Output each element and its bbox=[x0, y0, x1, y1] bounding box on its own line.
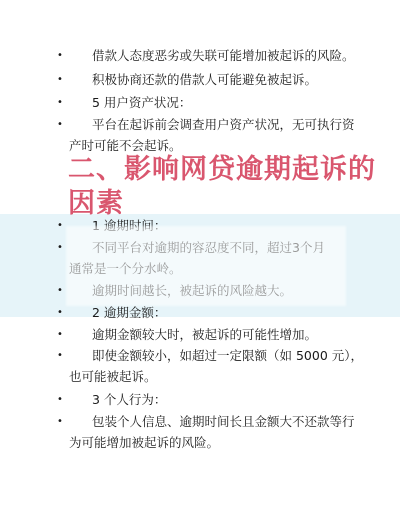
bullet-icon: • bbox=[57, 44, 63, 68]
list-item-text-continuation: 通常是一个分水岭。 bbox=[69, 257, 182, 281]
bullet-icon: • bbox=[57, 91, 63, 115]
bullet-icon: • bbox=[57, 214, 63, 238]
list-item-text: 逾期时间越长，被起诉的风险越大。 bbox=[92, 279, 292, 303]
bullet-icon: • bbox=[57, 410, 63, 434]
bullet-icon: • bbox=[57, 301, 63, 325]
bullet-icon: • bbox=[57, 113, 63, 137]
list-item-text: 借款人态度恶劣或失联可能增加被起诉的风险。 bbox=[92, 44, 355, 68]
list-item-text: 2 逾期金额： bbox=[92, 301, 166, 325]
bullet-icon: • bbox=[57, 388, 63, 412]
list-item-text: 1 逾期时间： bbox=[92, 214, 166, 238]
bullet-icon: • bbox=[57, 236, 63, 260]
list-item-text: 5 用户资产状况： bbox=[92, 91, 191, 115]
section-heading-line1: 二、影响网贷逾期起诉的 bbox=[68, 152, 376, 188]
list-item-text: 3 个人行为： bbox=[92, 388, 166, 412]
bullet-icon: • bbox=[57, 344, 63, 368]
list-item-text-continuation: 为可能增加被起诉的风险。 bbox=[69, 431, 219, 455]
list-item-text: 积极协商还款的借款人可能避免被起诉。 bbox=[92, 68, 317, 92]
bullet-icon: • bbox=[57, 279, 63, 303]
bullet-icon: • bbox=[57, 68, 63, 92]
list-item-text-continuation: 也可能被起诉。 bbox=[69, 365, 157, 389]
